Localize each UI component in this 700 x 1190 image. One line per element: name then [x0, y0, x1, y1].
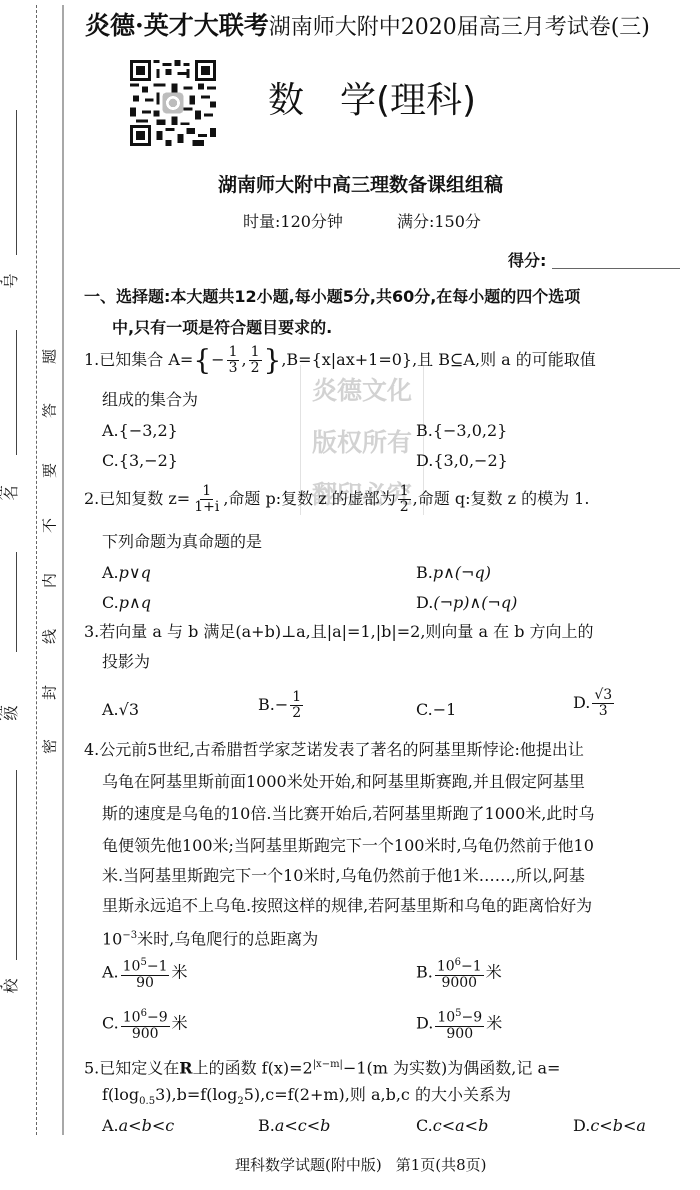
option-label: A.	[102, 700, 119, 719]
option-a[interactable]: A.p∨q	[102, 563, 151, 582]
question-text: 已知集合 A=	[99, 350, 193, 369]
option-d[interactable]: D.{3,0,−2}	[416, 451, 508, 470]
question-number: 3.	[84, 622, 99, 641]
seal-char: 不	[39, 515, 60, 537]
unit: 米	[172, 1013, 188, 1032]
log-base: 0.5	[139, 1096, 155, 1107]
score-label: 得分:	[508, 248, 546, 271]
name-line[interactable]	[16, 552, 17, 652]
option-c[interactable]: C.106−9900米	[102, 1006, 188, 1042]
seal-char: 密	[39, 736, 60, 758]
option-text: p∧(¬q)	[433, 563, 491, 582]
option-text: p∨q	[119, 563, 151, 582]
option-a[interactable]: A.105−190米	[102, 955, 188, 991]
option-text: −1	[433, 700, 457, 719]
power-base: 10	[437, 959, 455, 975]
option-label: C.	[102, 451, 119, 470]
fraction-numerator: 106−9	[121, 1006, 170, 1027]
question-text-line: 龟便领先他100米;当阿基里斯跑完下一个100米时,乌龟仍然前于他10	[102, 836, 594, 856]
question-5-stem: 5.已知定义在R上的函数 f(x)=2|x−m|−1(m 为实数)为偶函数,记 …	[84, 1055, 560, 1078]
footer-title: 理科数学试题(附中版)	[235, 1156, 382, 1174]
power-base: 10	[102, 929, 122, 948]
seal-char: 内	[39, 570, 60, 592]
question-text: 若向量 a 与 b 满足(a+b)⊥a,且|a|=1,|b|=2,则向量 a 在…	[99, 622, 593, 641]
option-label: D.	[416, 593, 433, 612]
question-number: 4.	[84, 740, 99, 759]
watermark-line: 版权所有	[301, 417, 423, 469]
question-text: f(log	[102, 1085, 139, 1104]
fraction-numerator: 1	[200, 484, 213, 500]
margin-border-line	[62, 5, 64, 1135]
name-label: 姓 名	[0, 481, 35, 505]
school-label: 学 校	[0, 974, 35, 998]
question-5-stem-cont: f(log0.53),b=f(log25),c=f(2+m),则 a,b,c 的…	[102, 1085, 511, 1112]
fraction-denominator: 1+i	[192, 500, 221, 515]
section-heading: 一、选择题:本大题共12小题,每小题5分,共60分,在每小题的四个选项 中,只有…	[84, 281, 580, 343]
power-exponent: −3	[122, 930, 137, 941]
full-score: 满分:150分	[397, 212, 481, 231]
question-text-line: 10−3米时,乌龟爬行的总距离为	[102, 926, 318, 949]
fraction-denominator: 2	[249, 361, 262, 376]
option-label: B.	[416, 421, 433, 440]
power-base: 10	[123, 1010, 141, 1026]
option-label: B.	[258, 695, 275, 714]
qr-code[interactable]	[130, 60, 216, 146]
subject-title: 数学(理科)	[268, 72, 476, 123]
power-base: 10	[437, 1010, 455, 1026]
option-d[interactable]: D.c<b<a	[573, 1116, 646, 1135]
subject-title-part1: 数	[268, 80, 304, 121]
question-number: 2.	[84, 489, 99, 508]
question-number: 1.	[84, 350, 99, 369]
numerator-rest: −9	[462, 1010, 483, 1026]
option-text: c<a<b	[433, 1116, 489, 1135]
seal-char: 要	[39, 460, 60, 482]
question-text: ,B={x|ax+1=0},且 B⊆A,则 a 的可能取值	[281, 350, 595, 369]
student-id-line[interactable]	[16, 110, 17, 255]
option-text: p∧q	[119, 593, 151, 612]
fraction-numerator: 1	[398, 484, 411, 500]
option-a[interactable]: A.a<b<c	[102, 1116, 174, 1135]
fraction-numerator: 1	[290, 690, 303, 706]
section-heading-line1: 一、选择题:本大题共12小题,每小题5分,共60分,在每小题的四个选项	[84, 281, 580, 312]
fraction-denominator: 2	[398, 500, 411, 515]
seal-char: 答	[39, 400, 60, 422]
option-label: D.	[573, 1116, 590, 1135]
brand-name: 炎德·英才大联考	[85, 11, 269, 40]
option-c[interactable]: C.−1	[416, 700, 456, 719]
question-text-line: 斯的速度是乌龟的10倍.当比赛开始后,若阿基里斯跑了1000米,此时乌	[102, 804, 594, 824]
question-text: 上的函数 f(x)=2	[193, 1058, 313, 1077]
fraction-numerator: √3	[592, 688, 614, 704]
fraction-denominator: 900	[444, 1027, 475, 1042]
fraction-denominator: 3	[227, 361, 240, 376]
question-text: −1(m 为实数)为偶函数,记 a=	[343, 1058, 560, 1077]
option-text: {3,0,−2}	[433, 451, 507, 470]
fraction-numerator: 1	[227, 345, 240, 361]
numerator-rest: −1	[147, 959, 168, 975]
question-text: 公元前5世纪,古希腊哲学家芝诺发表了著名的阿基里斯悖论:他提出让	[99, 740, 584, 759]
option-b[interactable]: B.{−3,0,2}	[416, 421, 507, 440]
question-2-stem: 2.已知复数 z=11+i,命题 p:复数 z 的虚部为12,命题 q:复数 z…	[84, 484, 589, 515]
class-label: 班 级	[0, 701, 35, 725]
option-a[interactable]: A.{−3,2}	[102, 421, 178, 440]
time-limit: 时量:120分钟	[243, 212, 343, 231]
option-label: C.	[102, 1013, 119, 1032]
question-1-stem: 1.已知集合 A={−13,12},B={x|ax+1=0},且 B⊆A,则 a…	[84, 345, 596, 376]
option-c[interactable]: C.{3,−2}	[102, 451, 178, 470]
fraction-denominator: 90	[134, 976, 156, 991]
option-b[interactable]: B.p∧(¬q)	[416, 563, 491, 582]
option-text: {−3,2}	[119, 421, 178, 440]
unit: 米	[171, 962, 187, 981]
page-footer: 理科数学试题(附中版)第1页(共8页)	[235, 1154, 487, 1175]
exam-title: 湖南师大附中2020届高三月考试卷(三)	[269, 15, 650, 40]
question-4-stem: 4.公元前5世纪,古希腊哲学家芝诺发表了著名的阿基里斯悖论:他提出让	[84, 740, 584, 760]
option-text: c<b<a	[590, 1116, 646, 1135]
seal-char: 线	[39, 626, 60, 648]
fraction-numerator: 106−1	[435, 955, 484, 976]
unit: 米	[486, 1013, 502, 1032]
section-heading-line2: 中,只有一项是符合题目要求的.	[84, 312, 580, 343]
unit: 米	[486, 962, 502, 981]
question-text: 3),b=f(log	[155, 1085, 237, 1104]
seal-char: 题	[39, 346, 60, 368]
option-sign: −	[275, 695, 288, 714]
question-1-stem-cont: 组成的集合为	[102, 390, 198, 410]
option-d[interactable]: D.105−9900米	[416, 1006, 502, 1042]
option-label: B.	[416, 563, 433, 582]
fraction-numerator: 1	[249, 345, 262, 361]
fraction-numerator: 105−9	[435, 1006, 484, 1027]
option-label: A.	[102, 563, 119, 582]
question-text: 已知复数 z=	[99, 489, 190, 508]
option-label: D.	[573, 693, 590, 712]
option-text: (¬p)∧(¬q)	[433, 593, 517, 612]
option-b[interactable]: B.106−19000米	[416, 955, 502, 991]
real-numbers-symbol: R	[179, 1058, 192, 1077]
option-d[interactable]: D.(¬p)∧(¬q)	[416, 593, 517, 612]
numerator-rest: −9	[147, 1010, 168, 1026]
fraction-denominator: 2	[290, 706, 303, 721]
class-line[interactable]	[16, 770, 17, 960]
option-text: √3	[119, 700, 139, 719]
question-text-line: 米.当阿基里斯跑完下一个10米时,乌龟仍然前于他1米……,所以,阿基	[102, 866, 585, 886]
cut-line-dashed	[36, 5, 37, 1135]
fraction-denominator: 3	[597, 704, 610, 719]
option-label: A.	[102, 421, 119, 440]
option-text: a<b<c	[119, 1116, 175, 1135]
question-text: 已知定义在	[99, 1058, 179, 1077]
option-d[interactable]: D.√33	[573, 688, 616, 719]
option-label: A.	[102, 1116, 119, 1135]
option-c[interactable]: C.p∧q	[102, 593, 151, 612]
question-3-stem-cont: 投影为	[102, 652, 150, 672]
option-label: C.	[416, 700, 433, 719]
fraction-numerator: 105−1	[121, 955, 170, 976]
option-label: B.	[258, 1116, 275, 1135]
student-id-label: 学 号	[0, 269, 35, 293]
option-text: {3,−2}	[119, 451, 178, 470]
question-text-line: 里斯永远追不上乌龟.按照这样的规律,若阿基里斯和乌龟的距离恰好为	[102, 896, 592, 916]
question-3-stem: 3.若向量 a 与 b 满足(a+b)⊥a,且|a|=1,|b|=2,则向量 a…	[84, 622, 594, 642]
numerator-rest: −1	[461, 959, 482, 975]
option-label: C.	[102, 593, 119, 612]
fraction-denominator: 9000	[439, 976, 479, 991]
fraction-denominator: 900	[130, 1027, 161, 1042]
option-c[interactable]: C.c<a<b	[416, 1116, 488, 1135]
option-text: a<c<b	[275, 1116, 331, 1135]
exam-info: 时量:120分钟满分:150分	[243, 209, 481, 232]
student-id-line-lower	[16, 330, 17, 455]
question-text-line: 乌龟在阿基里斯前面1000米处开始,和阿基里斯赛跑,并且假定阿基里	[102, 772, 585, 792]
question-number: 5.	[84, 1058, 99, 1077]
author-credit: 湖南师大附中高三理数备课组组稿	[218, 170, 503, 197]
score-input-line[interactable]	[552, 268, 680, 269]
option-label: D.	[416, 1013, 433, 1032]
option-label: A.	[102, 962, 119, 981]
option-a[interactable]: A.√3	[102, 700, 139, 719]
option-text: {−3,0,2}	[433, 421, 507, 440]
question-text: ,命题 q:复数 z 的模为 1.	[413, 489, 590, 508]
power-exponent: |x−m|	[313, 1059, 343, 1070]
question-text: 5),c=f(2+m),则 a,b,c 的大小关系为	[244, 1085, 511, 1104]
option-b[interactable]: B.−12	[258, 690, 305, 721]
power-base: 10	[123, 959, 141, 975]
subject-title-part2: 学(理科)	[340, 80, 476, 121]
page-number: 第1页(共8页)	[396, 1156, 487, 1174]
question-2-stem-cont: 下列命题为真命题的是	[102, 532, 262, 552]
seal-char: 封	[39, 682, 60, 704]
option-label: B.	[416, 962, 433, 981]
option-label: C.	[416, 1116, 433, 1135]
option-b[interactable]: B.a<c<b	[258, 1116, 330, 1135]
option-label: D.	[416, 451, 433, 470]
question-text: ,命题 p:复数 z 的虚部为	[223, 489, 395, 508]
question-text: 米时,乌龟爬行的总距离为	[137, 929, 318, 948]
exam-header: 炎德·英才大联考湖南师大附中2020届高三月考试卷(三)	[85, 6, 650, 42]
